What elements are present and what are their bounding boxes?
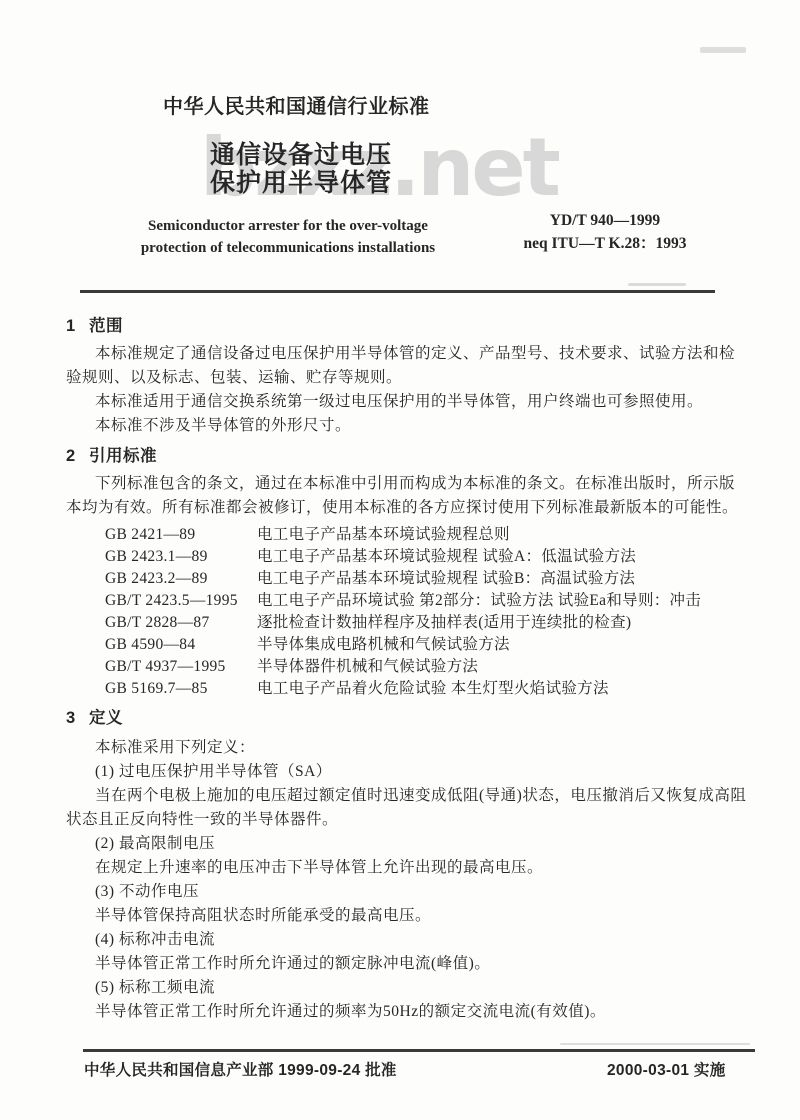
reference-title: 电工电子产品基本环境试验规程总则 (257, 524, 734, 546)
reference-row: GB/T 2423.5—1995 电工电子产品环境试验 第2部分：试验方法 试验… (66, 590, 734, 612)
definition-text: 当在两个电极上施加的电压超过额定值时迅速变成低阻(导通)状态，电压撤消后又恢复成… (66, 784, 734, 808)
title-cn-line-1: 通信设备过电压 (151, 142, 451, 170)
title-en-line-1: Semiconductor arrester for the over-volt… (108, 215, 468, 237)
definition-text: 半导体管保持高阻状态时所能承受的最高电压。 (66, 904, 734, 928)
reference-code: GB/T 2828—87 (66, 612, 257, 634)
title-cn-line-2: 保护用半导体管 (151, 170, 451, 198)
section-scope: 1范围 本标准规定了通信设备过电压保护用半导体管的定义、产品型号、技术要求、试验… (66, 316, 734, 438)
paragraph-line: 本标准采用下列定义： (66, 736, 734, 760)
section-references: 2引用标准 下列标准包含的条文，通过在本标准中引用而构成为本标准的条文。在标准出… (66, 446, 734, 700)
approval-statement: 中华人民共和国信息产业部 1999-09-24 批准 (84, 1058, 397, 1080)
paragraph-line: 本标准适用于通信交换系统第一级过电压保护用的半导体管，用户终端也可参照使用。 (66, 390, 734, 414)
reference-code: GB 5169.7—85 (66, 678, 257, 700)
reference-row: GB 4590—84 半导体集成电路机械和气候试验方法 (66, 634, 734, 656)
definition-term: (1) 过电压保护用半导体管（SA） (66, 760, 734, 784)
reference-row: GB/T 2828—87 逐批检查计数抽样程序及抽样表(适用于连续批的检查) (66, 612, 734, 634)
document-page: bzxz.net 中华人民共和国通信行业标准 通信设备过电压 保护用半导体管 S… (0, 0, 800, 1120)
reference-title: 电工电子产品环境试验 第2部分：试验方法 试验Ea和导则：冲击 (257, 590, 734, 612)
reference-code: GB/T 2423.5—1995 (66, 590, 257, 612)
section-body: 本标准采用下列定义： (1) 过电压保护用半导体管（SA） 当在两个电极上施加的… (66, 736, 734, 1024)
paragraph-line: 本均为有效。所有标准都会被修订，使用本标准的各方应探讨使用下列标准最新版本的可能… (66, 496, 734, 520)
scan-artifact (560, 1043, 750, 1045)
definition-text: 半导体管正常工作时所允许通过的额定脉冲电流(峰值)。 (66, 952, 734, 976)
definition-text: 半导体管正常工作时所允许通过的频率为50Hz的额定交流电流(有效值)。 (66, 1000, 734, 1024)
title-en-line-2: protection of telecommunications install… (108, 237, 468, 259)
reference-row: GB 2423.1—89 电工电子产品基本环境试验规程 试验A：低温试验方法 (66, 546, 734, 568)
paragraph-line: 本标准规定了通信设备过电压保护用半导体管的定义、产品型号、技术要求、试验方法和检 (66, 342, 734, 366)
standard-equivalence: neq ITU—T K.28：1993 (505, 232, 705, 255)
definition-term: (3) 不动作电压 (66, 880, 734, 904)
reference-row: GB 2421—89 电工电子产品基本环境试验规程总则 (66, 524, 734, 546)
reference-code: GB 2423.1—89 (66, 546, 257, 568)
reference-title: 半导体器件机械和气候试验方法 (257, 656, 734, 678)
reference-title: 逐批检查计数抽样程序及抽样表(适用于连续批的检查) (257, 612, 734, 634)
section-title: 范围 (89, 317, 123, 335)
paragraph-line: 本标准不涉及半导体管的外形尺寸。 (66, 414, 734, 438)
reference-code: GB 2421—89 (66, 524, 257, 546)
section-number: 2 (66, 446, 76, 466)
reference-title: 电工电子产品基本环境试验规程 试验B：高温试验方法 (257, 568, 734, 590)
definition-term: (5) 标称工频电流 (66, 976, 734, 1000)
section-number: 3 (66, 708, 76, 728)
standard-number: YD/T 940—1999 (505, 209, 705, 232)
reference-row: GB 2423.2—89 电工电子产品基本环境试验规程 试验B：高温试验方法 (66, 568, 734, 590)
reference-code: GB/T 4937—1995 (66, 656, 257, 678)
section-definitions: 3定义 本标准采用下列定义： (1) 过电压保护用半导体管（SA） 当在两个电极… (66, 708, 734, 1024)
definition-term: (2) 最高限制电压 (66, 832, 734, 856)
reference-code: GB 2423.2—89 (66, 568, 257, 590)
implementation-date: 2000-03-01 实施 (607, 1058, 726, 1080)
section-body: 本标准规定了通信设备过电压保护用半导体管的定义、产品型号、技术要求、试验方法和检… (66, 342, 734, 438)
reference-code: GB 4590—84 (66, 634, 257, 656)
footer-rule (83, 1049, 755, 1052)
reference-row: GB 5169.7—85 电工电子产品着火危险试验 本生灯型火焰试验方法 (66, 678, 734, 700)
paragraph-line: 下列标准包含的条文，通过在本标准中引用而构成为本标准的条文。在标准出版时，所示版 (66, 472, 734, 496)
section-title: 定义 (89, 709, 123, 727)
paragraph-line: 验规则、以及标志、包装、运输、贮存等规则。 (66, 366, 734, 390)
section-number: 1 (66, 316, 76, 336)
document-title-cn: 通信设备过电压 保护用半导体管 (151, 142, 451, 198)
reference-row: GB/T 4937—1995 半导体器件机械和气候试验方法 (66, 656, 734, 678)
reference-title: 电工电子产品基本环境试验规程 试验A：低温试验方法 (257, 546, 734, 568)
reference-title: 电工电子产品着火危险试验 本生灯型火焰试验方法 (257, 678, 734, 700)
reference-list: GB 2421—89 电工电子产品基本环境试验规程总则 GB 2423.1—89… (66, 524, 734, 700)
reference-title: 半导体集成电路机械和气候试验方法 (257, 634, 734, 656)
definition-text: 在规定上升速率的电压冲击下半导体管上允许出现的最高电压。 (66, 856, 734, 880)
standard-number-block: YD/T 940—1999 neq ITU—T K.28：1993 (505, 209, 705, 255)
standard-type-heading: 中华人民共和国通信行业标准 (163, 90, 430, 119)
section-heading: 3定义 (66, 708, 734, 728)
scan-artifact (628, 283, 686, 286)
section-title: 引用标准 (89, 447, 157, 465)
scan-artifact (700, 47, 746, 53)
header-rule (80, 290, 715, 293)
section-heading: 2引用标准 (66, 446, 734, 466)
section-heading: 1范围 (66, 316, 734, 336)
definition-term: (4) 标称冲击电流 (66, 928, 734, 952)
document-title-en: Semiconductor arrester for the over-volt… (108, 215, 468, 259)
definition-text: 状态且正反向特性一致的半导体器件。 (66, 808, 734, 832)
section-body: 下列标准包含的条文，通过在本标准中引用而构成为本标准的条文。在标准出版时，所示版… (66, 472, 734, 520)
